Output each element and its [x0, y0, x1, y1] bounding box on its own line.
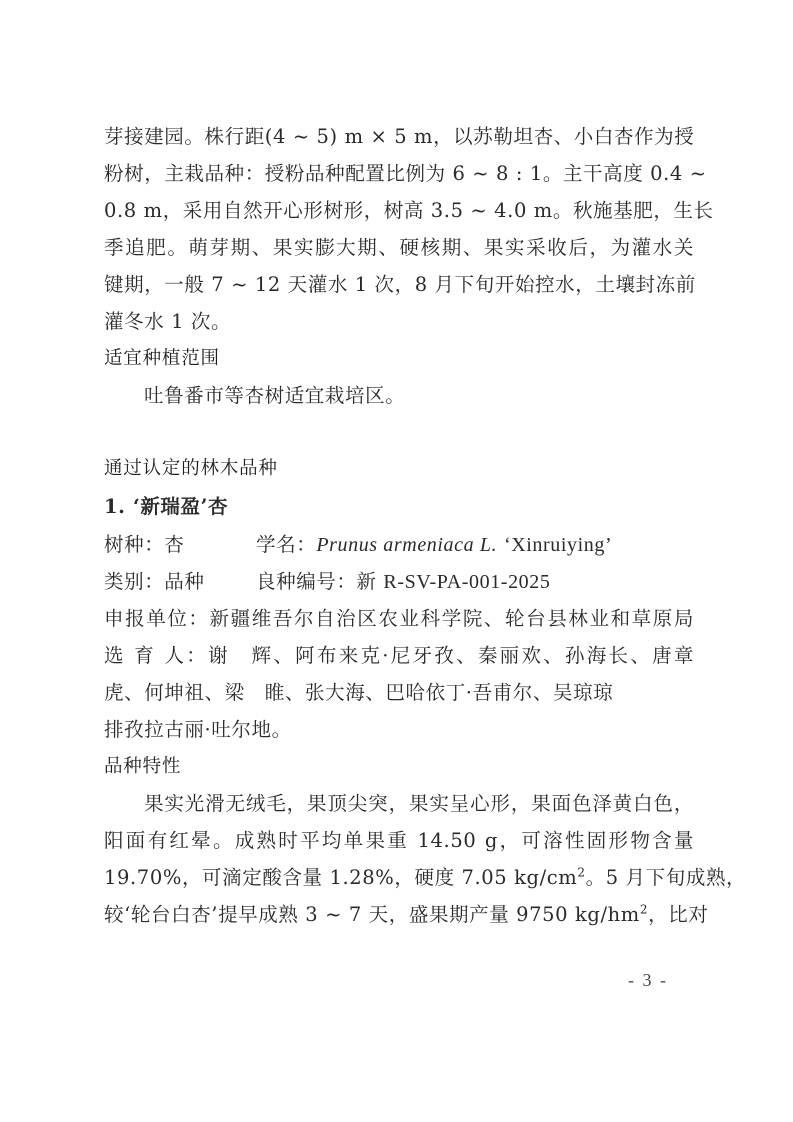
species-label: 树种：杏 [104, 533, 184, 556]
cultivar-name: ‘Xinruiying’ [504, 534, 612, 556]
code-label: 良种编号：新 [256, 570, 377, 593]
page-number: - 3 - [628, 970, 668, 991]
code-field: 良种编号：新 R-SV-PA-001-2025 [256, 569, 550, 595]
category-row: 类别：品种 良种编号：新 R-SV-PA-001-2025 [104, 569, 694, 595]
sci-label: 学名： [256, 533, 316, 556]
intro-line-4: 季追肥。萌芽期、果实膨大期、硬核期、果实采收后，为灌水关 [104, 235, 694, 261]
species-row: 树种：杏 学名：Prunus armeniaca L. ‘Xinruiying’ [104, 532, 694, 558]
intro-line-2: 粉树，主栽品种：授粉品种配置比例为 6 ~ 8 : 1。主干高度 0.4 ~ [104, 161, 694, 187]
superscript: 2 [577, 866, 585, 880]
traits-heading: 品种特性 [104, 754, 694, 780]
intro-line-5: 键期，一般 7 ~ 12 天灌水 1 次，8 月下旬开始控水，土壤封冻前 [104, 272, 694, 298]
traits-line-3a: 19.70%，可滴定酸含量 1.28%，硬度 7.05 kg/cm [104, 866, 577, 889]
traits-line-1: 果实光滑无绒毛，果顶尖突，果实呈心形，果面色泽黄白色， [104, 791, 694, 817]
scientific-name-field: 学名：Prunus armeniaca L. ‘Xinruiying’ [256, 532, 612, 558]
superscript: 2 [640, 903, 648, 917]
breeders-line-1: 选 育 人：谢 辉、阿布来克·尼牙孜、秦丽欢、孙海长、唐章 [104, 643, 694, 669]
category-label: 类别：品种 [104, 570, 205, 593]
variety-title: 1. ‘新瑞盈’杏 [104, 494, 694, 520]
intro-line-6: 灌冬水 1 次。 [104, 309, 694, 335]
traits-line-3: 19.70%，可滴定酸含量 1.28%，硬度 7.05 kg/cm2。5 月下旬… [104, 865, 694, 891]
breeders-line-3: 排孜拉古丽·吐尔地。 [104, 717, 694, 743]
intro-line-1: 芽接建园。株行距(4 ~ 5) m × 5 m，以苏勒坦杏、小白杏作为授 [104, 124, 694, 150]
traits-line-2: 阳面有红晕。成熟时平均单果重 14.50 g，可溶性固形物含量 [104, 828, 694, 854]
code-value: R-SV-PA-001-2025 [383, 571, 550, 593]
traits-line-3b: 。5 月下旬成熟， [586, 866, 747, 889]
traits-line-4a: 较‘轮台白杏’提早成熟 3 ~ 7 天，盛果期产量 9750 kg/hm [104, 903, 640, 926]
applicant-line: 申报单位：新疆维吾尔自治区农业科学院、轮台县林业和草原局 [104, 606, 694, 632]
sci-name: Prunus armeniaca L. [316, 534, 497, 556]
intro-line-3: 0.8 m，采用自然开心形树形，树高 3.5 ~ 4.0 m。秋施基肥，生长 [104, 198, 694, 224]
range-heading: 适宜种植范围 [104, 346, 694, 372]
traits-line-4: 较‘轮台白杏’提早成熟 3 ~ 7 天，盛果期产量 9750 kg/hm2，比对 [104, 902, 694, 928]
breeders-line-2: 虎、何坤祖、梁 睢、张大海、巴哈依丁·吾甫尔、吴琼琼 [104, 680, 694, 706]
section-heading: 通过认定的林木品种 [104, 456, 694, 482]
range-text: 吐鲁番市等杏树适宜栽培区。 [104, 383, 694, 409]
traits-line-4b: ，比对 [648, 903, 708, 926]
